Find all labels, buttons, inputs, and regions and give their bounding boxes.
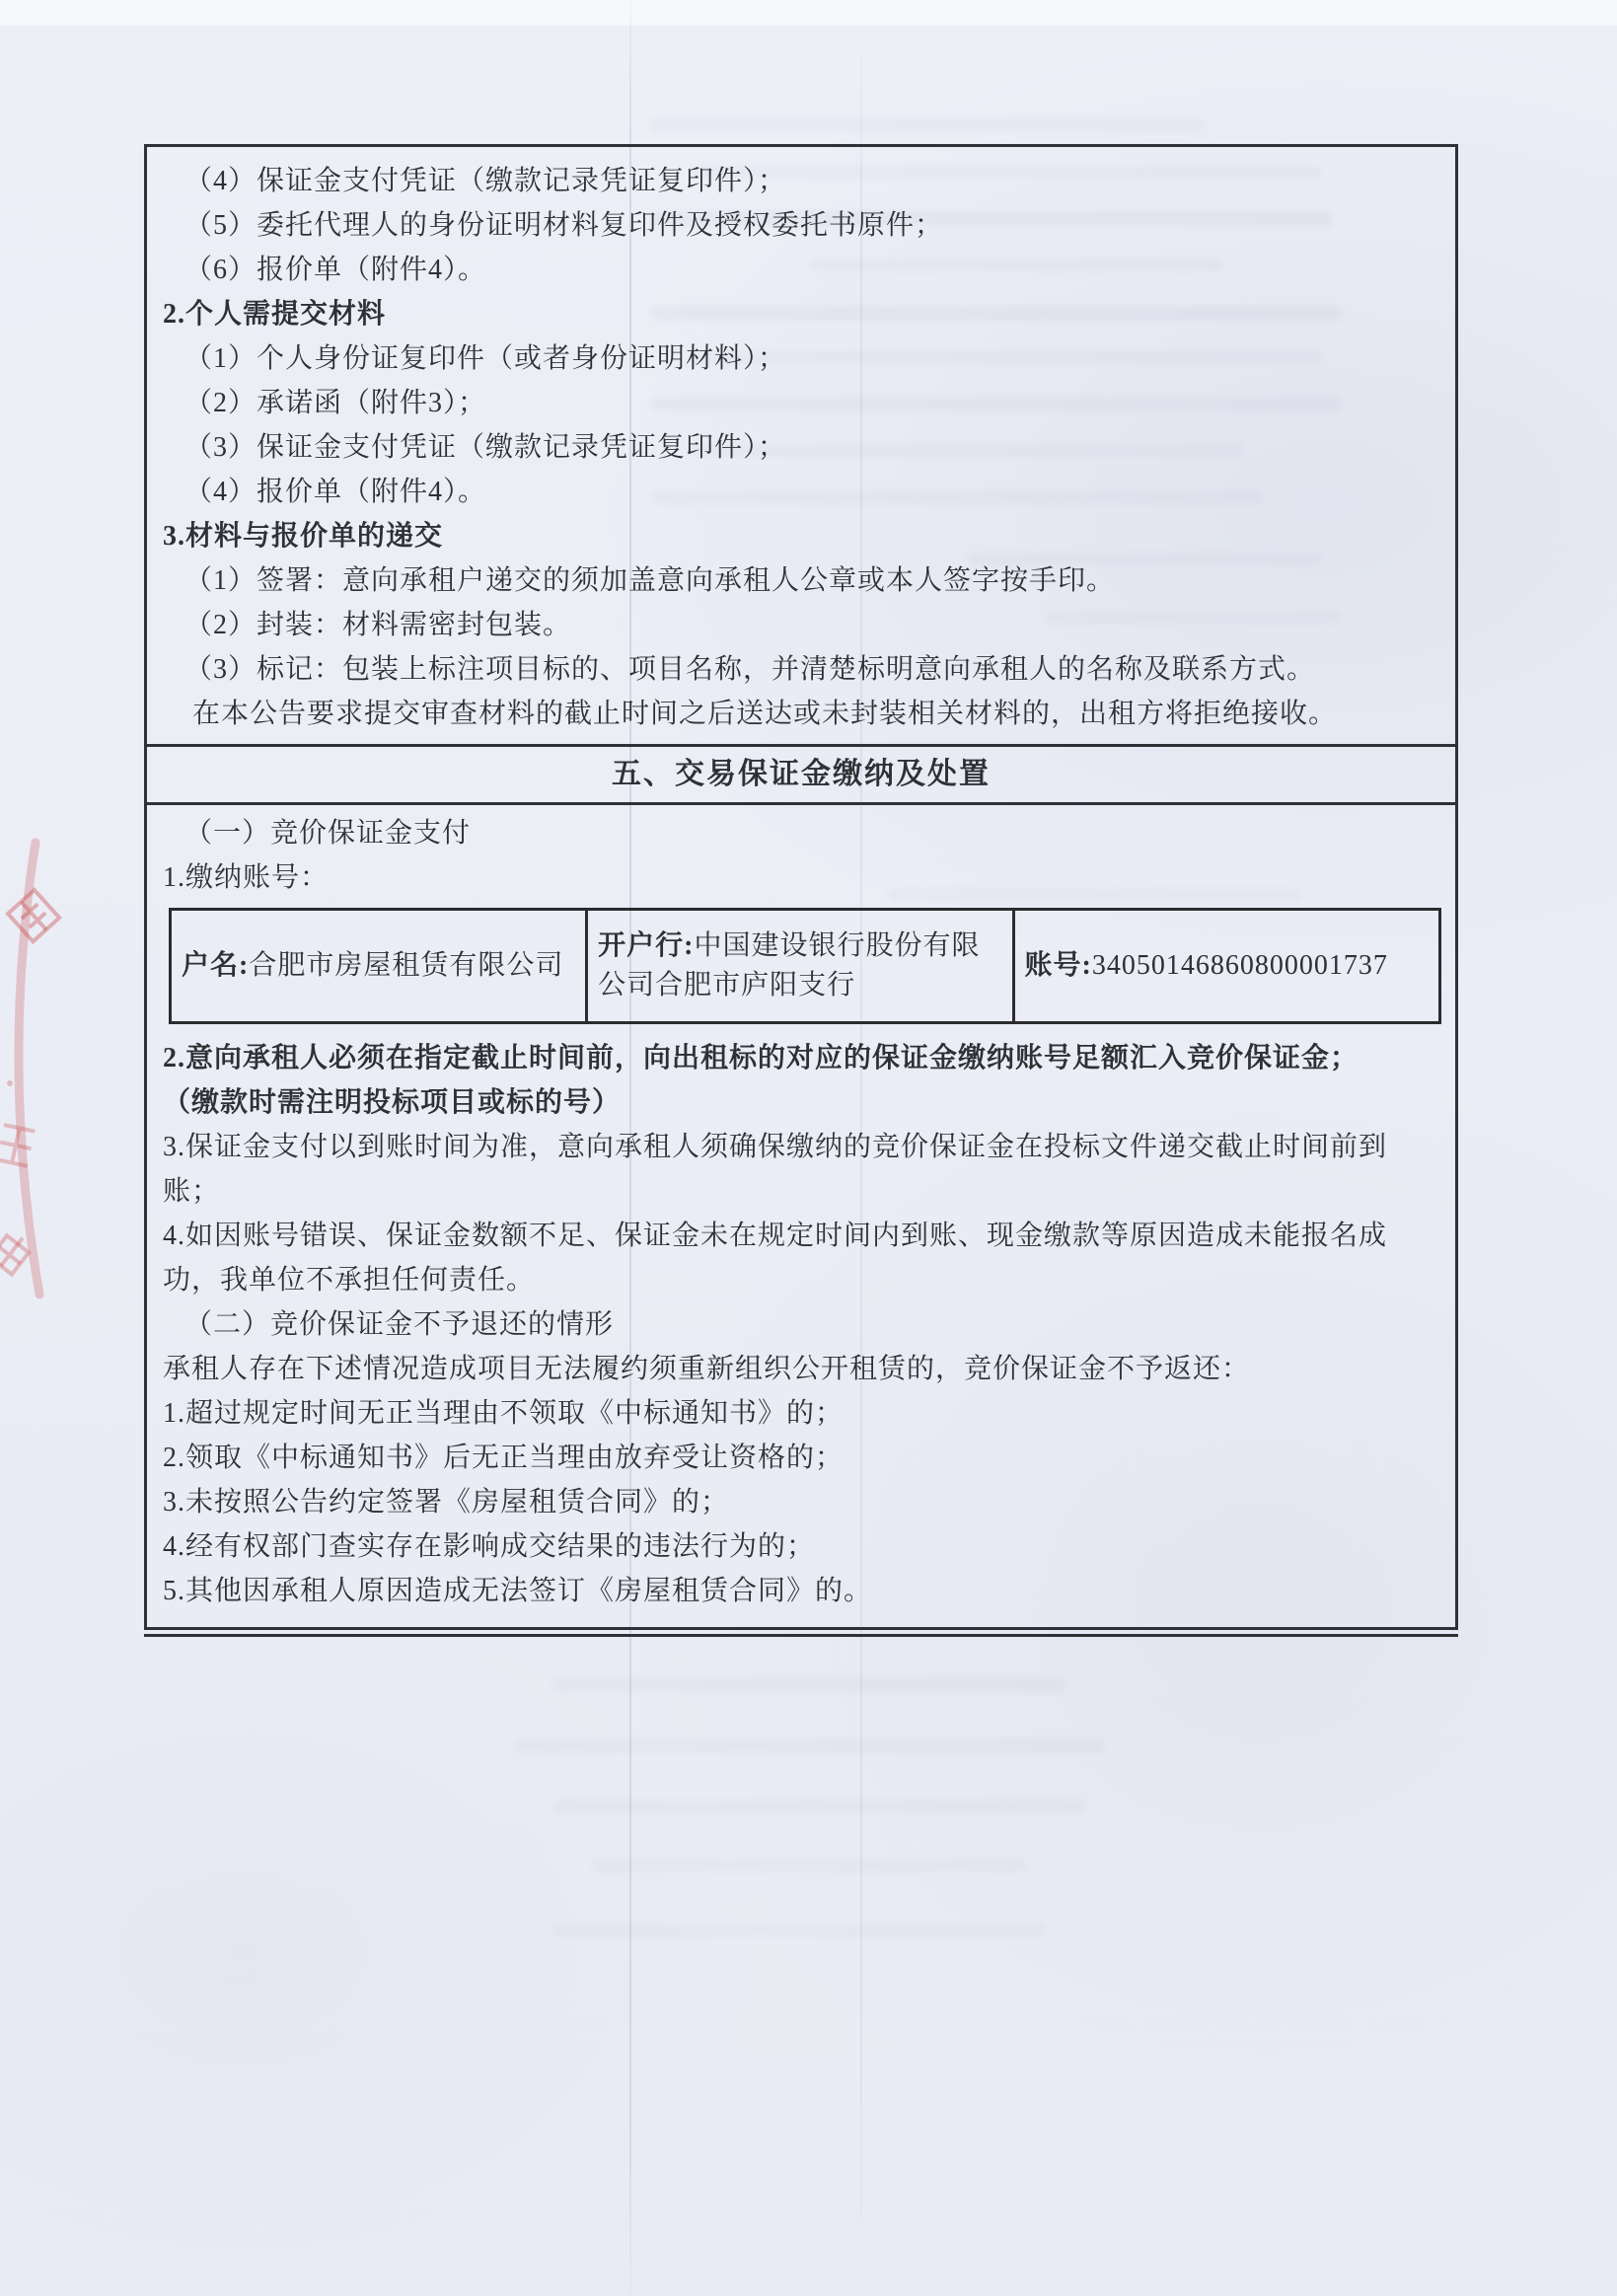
account-number-label: 账号: [1025,950,1092,981]
material-item: （1）个人身份证复印件（或者身份证明材料）； [163,336,1435,381]
forfeit-item: 3.未按照公告约定签署《房屋租赁合同》的； [163,1480,1435,1524]
bleedthrough-artifact [651,118,1204,131]
material-item: （4）保证金支付凭证（缴款记录凭证复印件）； [163,159,1435,203]
bleedthrough-artifact [513,1739,1105,1753]
submission-heading: 3.材料与报价单的递交 [163,514,1435,558]
deadline-note: 在本公告要求提交审查材料的截止时间之后送达或未封装相关材料的，出租方将拒绝接收。 [163,692,1435,736]
material-item: （3）保证金支付凭证（缴款记录凭证复印件）； [163,425,1435,470]
account-holder-cell: 户名:合肥市房屋租赁有限公司 [171,910,587,1023]
deposit-rule: 2.意向承租人必须在指定截止时间前，向出租标的对应的保证金缴纳账号足额汇入竞价保… [163,1036,1435,1080]
red-seal-stamp [0,837,118,1300]
bleedthrough-artifact [592,1859,1026,1872]
deposit-account-row: 户名:合肥市房屋租赁有限公司 开户行:中国建设银行股份有限公司合肥市庐阳支行 账… [171,910,1440,1023]
personal-materials-heading: 2.个人需提交材料 [163,292,1435,336]
bleedthrough-artifact [552,1924,1046,1937]
forfeit-item: 4.经有权部门查实存在影响成交结果的违法行为的； [163,1524,1435,1569]
submission-item: （3）标记：包装上标注项目标的、项目名称，并清楚标明意向承租人的名称及联系方式。 [163,647,1435,692]
account-holder-value: 合肥市房屋租赁有限公司 [249,950,563,981]
submission-item: （2）封装：材料需密封包装。 [163,603,1435,647]
material-item: （5）委托代理人的身份证明材料复印件及授权委托书原件； [163,203,1435,248]
deposit-rule: （缴款时需注明投标项目或标的号） [163,1080,1435,1125]
forfeit-item: 5.其他因承租人原因造成无法签订《房屋租赁合同》的。 [163,1569,1435,1613]
bleedthrough-artifact [552,1800,1085,1813]
section-five-header: 五、交易保证金缴纳及处置 [147,744,1455,805]
material-item: （4）报价单（附件4）。 [163,470,1435,514]
forfeit-item: 2.领取《中标通知书》后无正当理由放弃受让资格的； [163,1436,1435,1480]
forfeit-intro: 承租人存在下述情况造成项目无法履约须重新组织公开租赁的，竞价保证金不予返还： [163,1347,1435,1391]
bank-branch-cell: 开户行:中国建设银行股份有限公司合肥市庐阳支行 [587,910,1013,1023]
material-item: （2）承诺函（附件3）； [163,381,1435,425]
deposit-rule: 4.如因账号错误、保证金数额不足、保证金未在规定时间内到账、现金缴款等原因造成未… [163,1214,1435,1302]
pay-account-label: 1.缴纳账号： [163,855,1435,900]
account-number-value: 34050146860800001737 [1092,950,1388,981]
materials-section: （4）保证金支付凭证（缴款记录凭证复印件）； （5）委托代理人的身份证明材料复印… [147,147,1455,744]
account-holder-label: 户名: [182,950,249,981]
material-item: （6）报价单（附件4）。 [163,248,1435,292]
document-outer-table: （4）保证金支付凭证（缴款记录凭证复印件）； （5）委托代理人的身份证明材料复印… [144,144,1458,1630]
account-number-cell: 账号:34050146860800001737 [1013,910,1439,1023]
forfeit-item: 1.超过规定时间无正当理由不领取《中标通知书》的； [163,1391,1435,1436]
bank-branch-label: 开户行: [598,930,694,961]
deposit-section: （一）竞价保证金支付 1.缴纳账号： 户名:合肥市房屋租赁有限公司 开户行:中国… [147,805,1455,1627]
bleedthrough-artifact [552,1677,1066,1692]
scanned-document-page: （4）保证金支付凭证（缴款记录凭证复印件）； （5）委托代理人的身份证明材料复印… [0,0,1617,2296]
submission-item: （1）签署：意向承租户递交的须加盖意向承租人公章或本人签字按手印。 [163,558,1435,603]
scan-edge-highlight [0,0,1617,26]
deposit-rule: 3.保证金支付以到账时间为准，意向承租人须确保缴纳的竞价保证金在投标文件递交截止… [163,1125,1435,1214]
deposit-payment-subheading: （一）竞价保证金支付 [163,811,1435,855]
deposit-account-table: 户名:合肥市房屋租赁有限公司 开户行:中国建设银行股份有限公司合肥市庐阳支行 账… [169,908,1441,1024]
forfeit-subheading: （二）竞价保证金不予退还的情形 [163,1302,1435,1347]
